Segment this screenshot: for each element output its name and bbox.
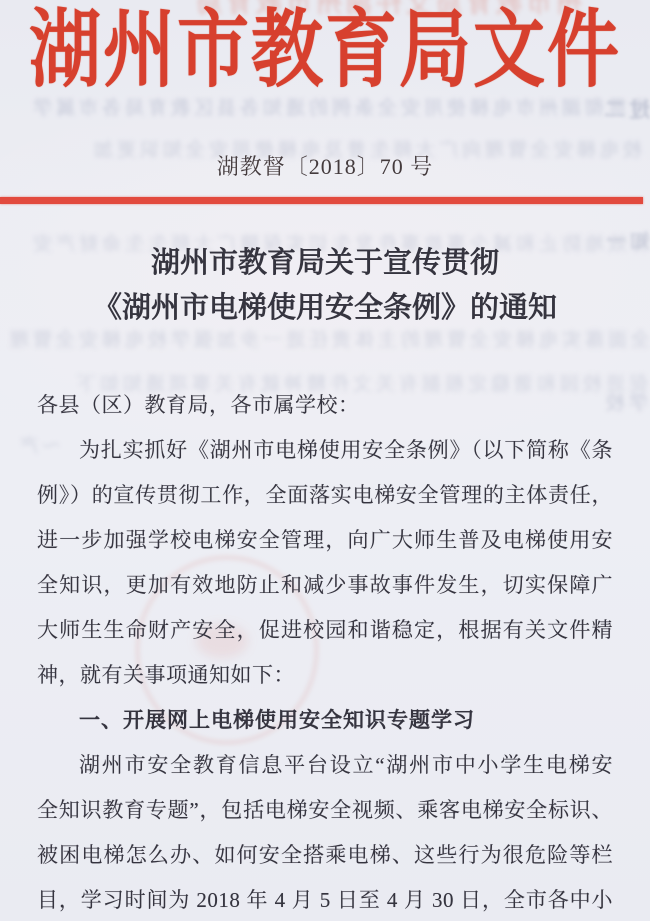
notice-title-line-1: 湖州市教育局关于宣传贯彻 [0, 241, 650, 286]
scanned-document-page: 州市教育局文件湖州市教育局传贯彻湖州市电梯使用安全条例的通知各县区教育局各市属学… [0, 0, 650, 921]
body-line: 湖州市安全教育信息平台设立“湖州市中小学生电梯安 [37, 743, 613, 788]
bleed-through-text: 过二 [604, 94, 650, 124]
body-line: 目，学习时间为 2018 年 4 月 5 日至 4 月 30 日，全市各中小 [37, 878, 613, 921]
body-line: 神，就有关事项通知如下： [37, 653, 613, 698]
notice-title: 湖州市教育局关于宣传贯彻 《湖州市电梯使用安全条例》的通知 [0, 241, 650, 331]
notice-title-line-2: 《湖州市电梯使用安全条例》的通知 [0, 286, 650, 331]
body-line: 一、开展网上电梯使用安全知识专题学习 [37, 698, 613, 743]
body-line: 进一步加强学校电梯安全管理，向广大师生普及电梯使用安 [37, 518, 613, 563]
body-line: 各县（区）教育局，各市属学校： [37, 383, 613, 428]
body-block: 各县（区）教育局，各市属学校：为扎实抓好《湖州市电梯使用安全条例》（以下简称《条… [37, 383, 613, 921]
body-line: 为扎实抓好《湖州市电梯使用安全条例》（以下简称《条 [37, 428, 613, 473]
doc-number: 湖教督〔2018〕70 号 [0, 150, 650, 181]
body-line: 被困电梯怎么办、如何安全搭乘电梯、这些行为很危险等栏 [37, 833, 613, 878]
body-line: 全知识教育专题”，包括电梯安全视频、乘客电梯安全标识、 [37, 788, 613, 833]
body-line: 大师生生命财产安全，促进校园和谐稳定，根据有关文件精 [37, 608, 613, 653]
red-divider-rule [0, 197, 643, 204]
body-line: 例》）的宣传贯彻工作，全面落实电梯安全管理的主体责任， [37, 473, 613, 518]
agency-header: 湖州市教育局文件 [0, 6, 650, 98]
body-line: 全知识，更加有效地防止和减少事故事件发生，切实保障广 [37, 563, 613, 608]
